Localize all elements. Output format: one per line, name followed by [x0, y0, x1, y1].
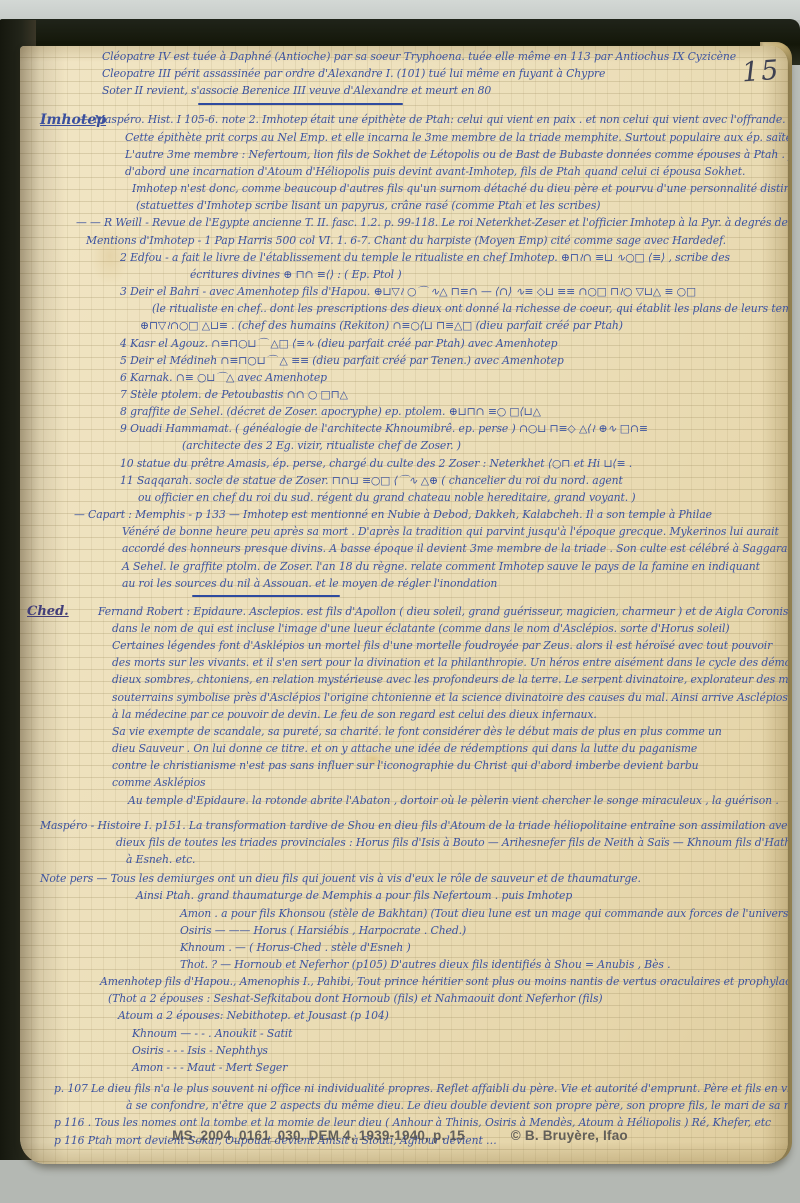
manuscript-line: (Thot a 2 épouses : Seshat-Sefkitabou do…	[40, 990, 782, 1007]
manuscript-line: Imhotep n'est donc, comme beaucoup d'aut…	[40, 180, 782, 197]
margin-label-imhotep: Imhotep	[40, 112, 106, 128]
manuscript-line: Osiris — —— Horus ( Harsiébis , Harpocra…	[40, 922, 782, 939]
manuscript-line: Ainsi Ptah. grand thaumaturge de Memphis…	[40, 887, 782, 904]
manuscript-line: ⊕⊓▽≀∩○□ △⊔≡ . (chef des humains (Rekiton…	[40, 317, 782, 334]
manuscript-line: L'autre 3me membre : Nefertoum, lion fil…	[40, 146, 782, 163]
section-p107: p. 107 Le dieu fils n'a le plus souvent …	[40, 1080, 782, 1114]
manuscript-line: Osiris - - - Isis - Nephthys	[40, 1042, 782, 1059]
manuscript-line: comme Asklépios	[40, 774, 782, 791]
manuscript-line: Vénéré de bonne heure peu après sa mort …	[40, 523, 782, 540]
manuscript-line: — — R Weill - Revue de l'Egypte ancienne…	[40, 214, 782, 231]
manuscript-line: 2 Edfou - a fait le livre de l'établisse…	[40, 249, 782, 266]
manuscript-line: Amenhotep fils d'Hapou., Amenophis I., P…	[40, 973, 782, 990]
manuscript-line: 9 Ouadi Hammamat. ( généalogie de l'arch…	[40, 420, 782, 437]
manuscript-line: ou officier en chef du roi du sud. régen…	[40, 489, 782, 506]
manuscript-line: — Capart : Memphis - p 133 — Imhotep est…	[40, 506, 782, 523]
manuscript-line: 3 Deir el Bahri - avec Amenhotep fils d'…	[40, 283, 782, 300]
manuscript-line: Sa vie exempte de scandale, sa pureté, s…	[40, 723, 782, 740]
manuscript-line: Amon . a pour fils Khonsou (stèle de Bak…	[40, 905, 782, 922]
margin-label-ched: Ched.	[27, 604, 69, 619]
manuscript-line: — Maspéro. Hist. I 105-6. note 2. Imhote…	[40, 111, 782, 128]
manuscript-line: (le ritualiste en chef.. dont les prescr…	[40, 300, 782, 317]
manuscript-line: (statuettes d'Imhotep scribe lisant un p…	[40, 197, 782, 214]
manuscript-line: Maspéro - Histoire I. p151. La transform…	[40, 817, 782, 834]
manuscript-line: souterrains symbolise près d'Asclépios l…	[40, 689, 782, 706]
manuscript-page: 15 Cléopatre IV est tuée à Daphné (Antio…	[20, 46, 788, 1164]
manuscript-line: Khnoum . — ( Horus-Ched . stèle d'Esneh …	[40, 939, 782, 956]
manuscript-line: Cleopatre III périt assassinée par ordre…	[40, 65, 782, 82]
section-header-notes: Cléopatre IV est tuée à Daphné (Antioche…	[40, 48, 782, 99]
manuscript-content: Cléopatre IV est tuée à Daphné (Antioche…	[40, 48, 782, 1149]
manuscript-line: Amon - - - Maut - Mert Seger	[40, 1059, 782, 1076]
manuscript-line: Atoum a 2 épouses: Nebithotep. et Jousas…	[40, 1007, 782, 1024]
separator-line	[192, 595, 340, 597]
manuscript-line: Fernand Robert : Epidaure. Asclepios. es…	[40, 603, 782, 620]
manuscript-line: Note pers — Tous les demiurges ont un di…	[40, 870, 782, 887]
manuscript-line: dieux sombres, chtoniens, en relation my…	[40, 671, 782, 688]
section-ched: Ched.Fernand Robert : Epidaure. Asclepio…	[40, 603, 782, 809]
manuscript-line: 6 Karnak. ∩≡ ○⊔⌒△ avec Amenhotep	[40, 369, 782, 386]
manuscript-line: écritures divines ⊕ ⊓∩ ≡⟨⟩ : ( Ep. Ptol …	[40, 266, 782, 283]
section-maspero-p151: Maspéro - Histoire I. p151. La transform…	[40, 817, 782, 868]
section-note-peres: Note pers — Tous les demiurges ont un di…	[40, 870, 782, 1076]
watermark: MS_2004_0161_030. DEM 4, 1939-1940, p. 1…	[0, 1128, 800, 1143]
manuscript-line: Khnoum — - - . Anoukit - Satit	[40, 1025, 782, 1042]
section-imhotep: Imhotep— Maspéro. Hist. I 105-6. note 2.…	[40, 111, 782, 591]
photo-top-band	[0, 0, 800, 20]
watermark-id: MS_2004_0161_030. DEM 4, 1939-1940, p. 1…	[172, 1128, 465, 1143]
photo-background: il- (s) rèces il, )λ 15 Cléopatre IV est…	[0, 0, 800, 1203]
manuscript-line: Cette épithète prit corps au Nel Emp. et…	[40, 129, 782, 146]
manuscript-line: des morts sur les vivants. et il s'en se…	[40, 654, 782, 671]
manuscript-line: 8 graffite de Sehel. (décret de Zoser. a…	[40, 403, 782, 420]
manuscript-line: Thot. ? — Hornoub et Neferhor (p105) D'a…	[40, 956, 782, 973]
manuscript-line: (architecte des 2 Eg. vizir, ritualiste …	[40, 437, 782, 454]
manuscript-line: p. 107 Le dieu fils n'a le plus souvent …	[40, 1080, 782, 1097]
manuscript-line: au roi les sources du nil à Assouan. et …	[40, 575, 782, 592]
manuscript-line: Mentions d'Imhotep - 1 Pap Harris 500 co…	[40, 232, 782, 249]
manuscript-line: Soter II revient, s'associe Berenice III…	[40, 82, 782, 99]
manuscript-line: accordé des honneurs presque divins. A b…	[40, 540, 782, 557]
manuscript-line: 4 Kasr el Agouz. ∩≡⊓○⊔⌒ △□ ⟨≡∿ (dieu par…	[40, 335, 782, 352]
manuscript-line: Cléopatre IV est tuée à Daphné (Antioche…	[40, 48, 782, 65]
manuscript-line: A Sehel. le graffite ptolm. de Zoser. l'…	[40, 558, 782, 575]
manuscript-line: à Esneh. etc.	[40, 851, 782, 868]
manuscript-line: d'abord une incarnation d'Atoum d'Héliop…	[40, 163, 782, 180]
manuscript-line: contre le christianisme n'est pas sans i…	[40, 757, 782, 774]
manuscript-line: dieux fils de toutes les triades provinc…	[40, 834, 782, 851]
manuscript-line: 5 Deir el Médineh ∩≡⊓○⊔⌒ △ ≡≡ (dieu parf…	[40, 352, 782, 369]
watermark-credit: © B. Bruyère, Ifao	[511, 1128, 628, 1143]
manuscript-line: dans le nom de qui est incluse l'image d…	[40, 620, 782, 637]
manuscript-line: 11 Saqqarah. socle de statue de Zoser. ⊓…	[40, 472, 782, 489]
manuscript-line: à se confondre, n'être que 2 aspects du …	[40, 1097, 782, 1114]
manuscript-line: 7 Stèle ptolem. de Petoubastis ∩∩ ○ □⊓△	[40, 386, 782, 403]
manuscript-line: Certaines légendes font d'Asklépios un m…	[40, 637, 782, 654]
manuscript-line: à la médecine par ce pouvoir de devin. L…	[40, 706, 782, 723]
manuscript-line: 10 statue du prêtre Amasis, ép. perse, c…	[40, 455, 782, 472]
manuscript-line: Au temple d'Epidaure. la rotonde abrite …	[40, 792, 782, 809]
manuscript-line: dieu Sauveur . On lui donne ce titre. et…	[40, 740, 782, 757]
separator-line	[198, 103, 403, 105]
